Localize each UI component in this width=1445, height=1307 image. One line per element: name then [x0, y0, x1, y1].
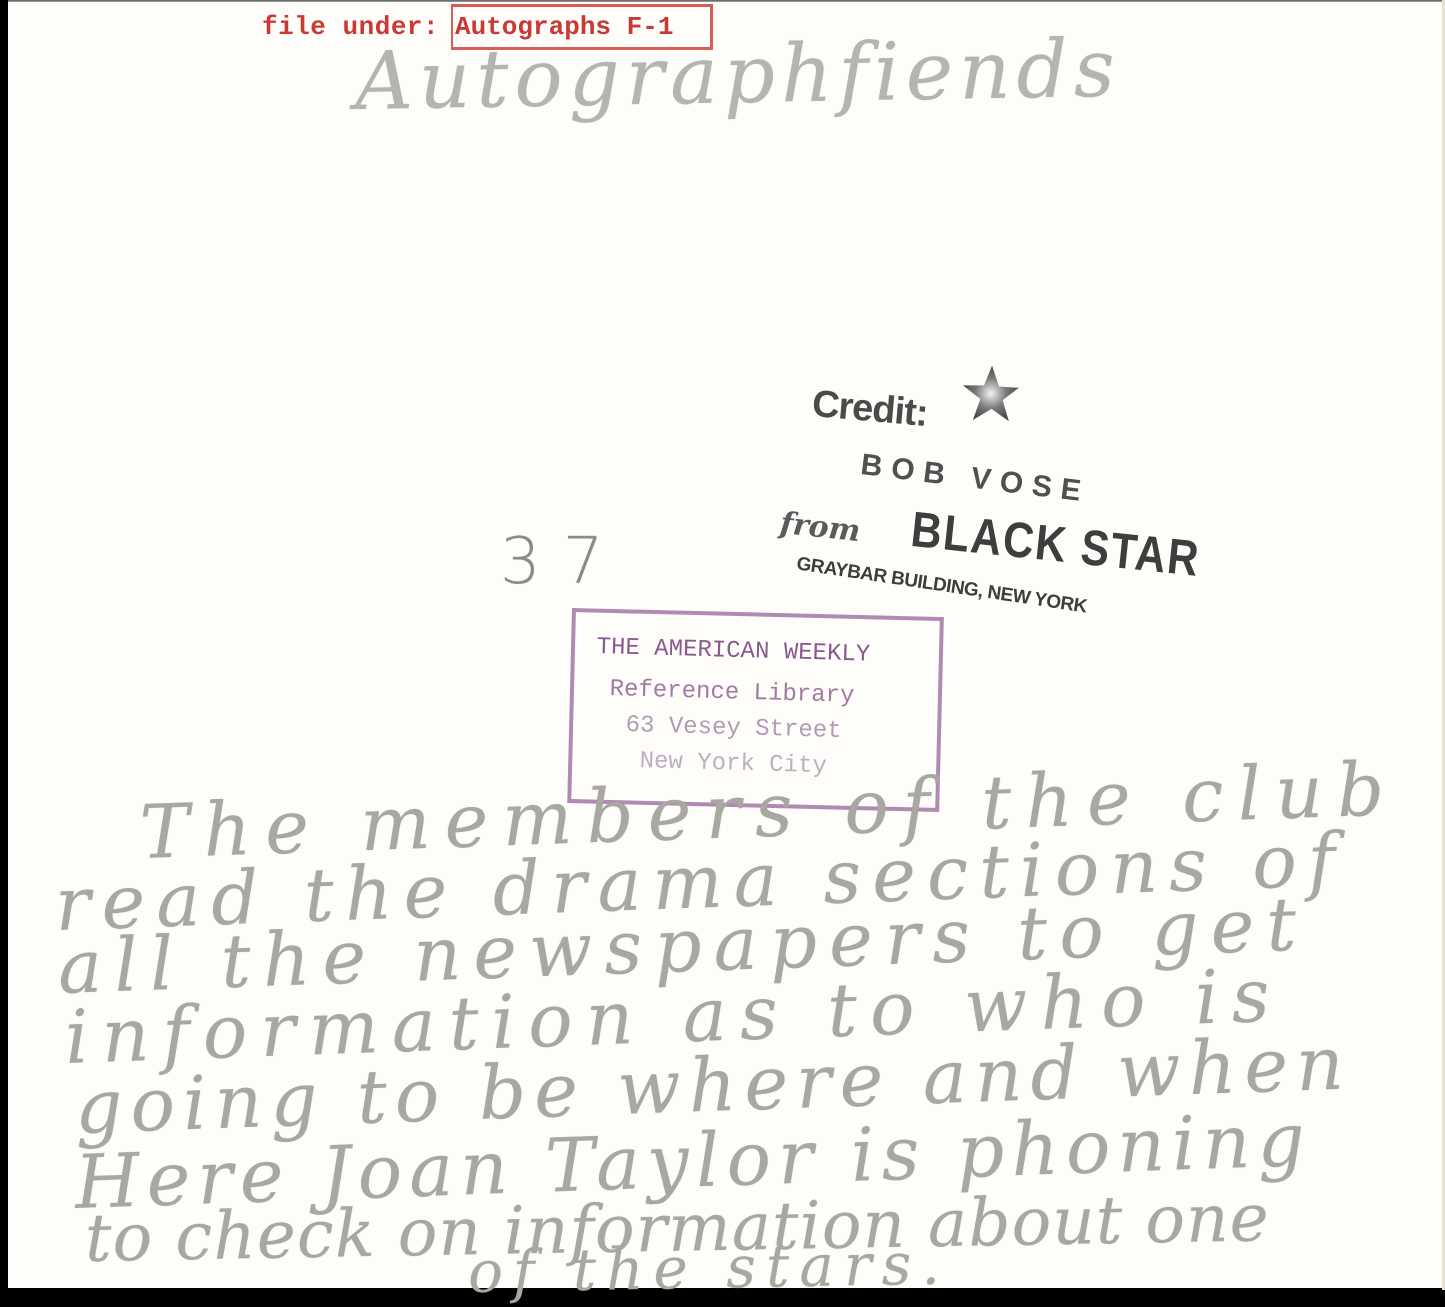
caption-line: of the stars.: [467, 1230, 950, 1306]
pencil-heading: Autographfiends: [354, 22, 1121, 128]
star-icon: [958, 363, 1020, 425]
pencil-number: 37: [500, 525, 625, 599]
